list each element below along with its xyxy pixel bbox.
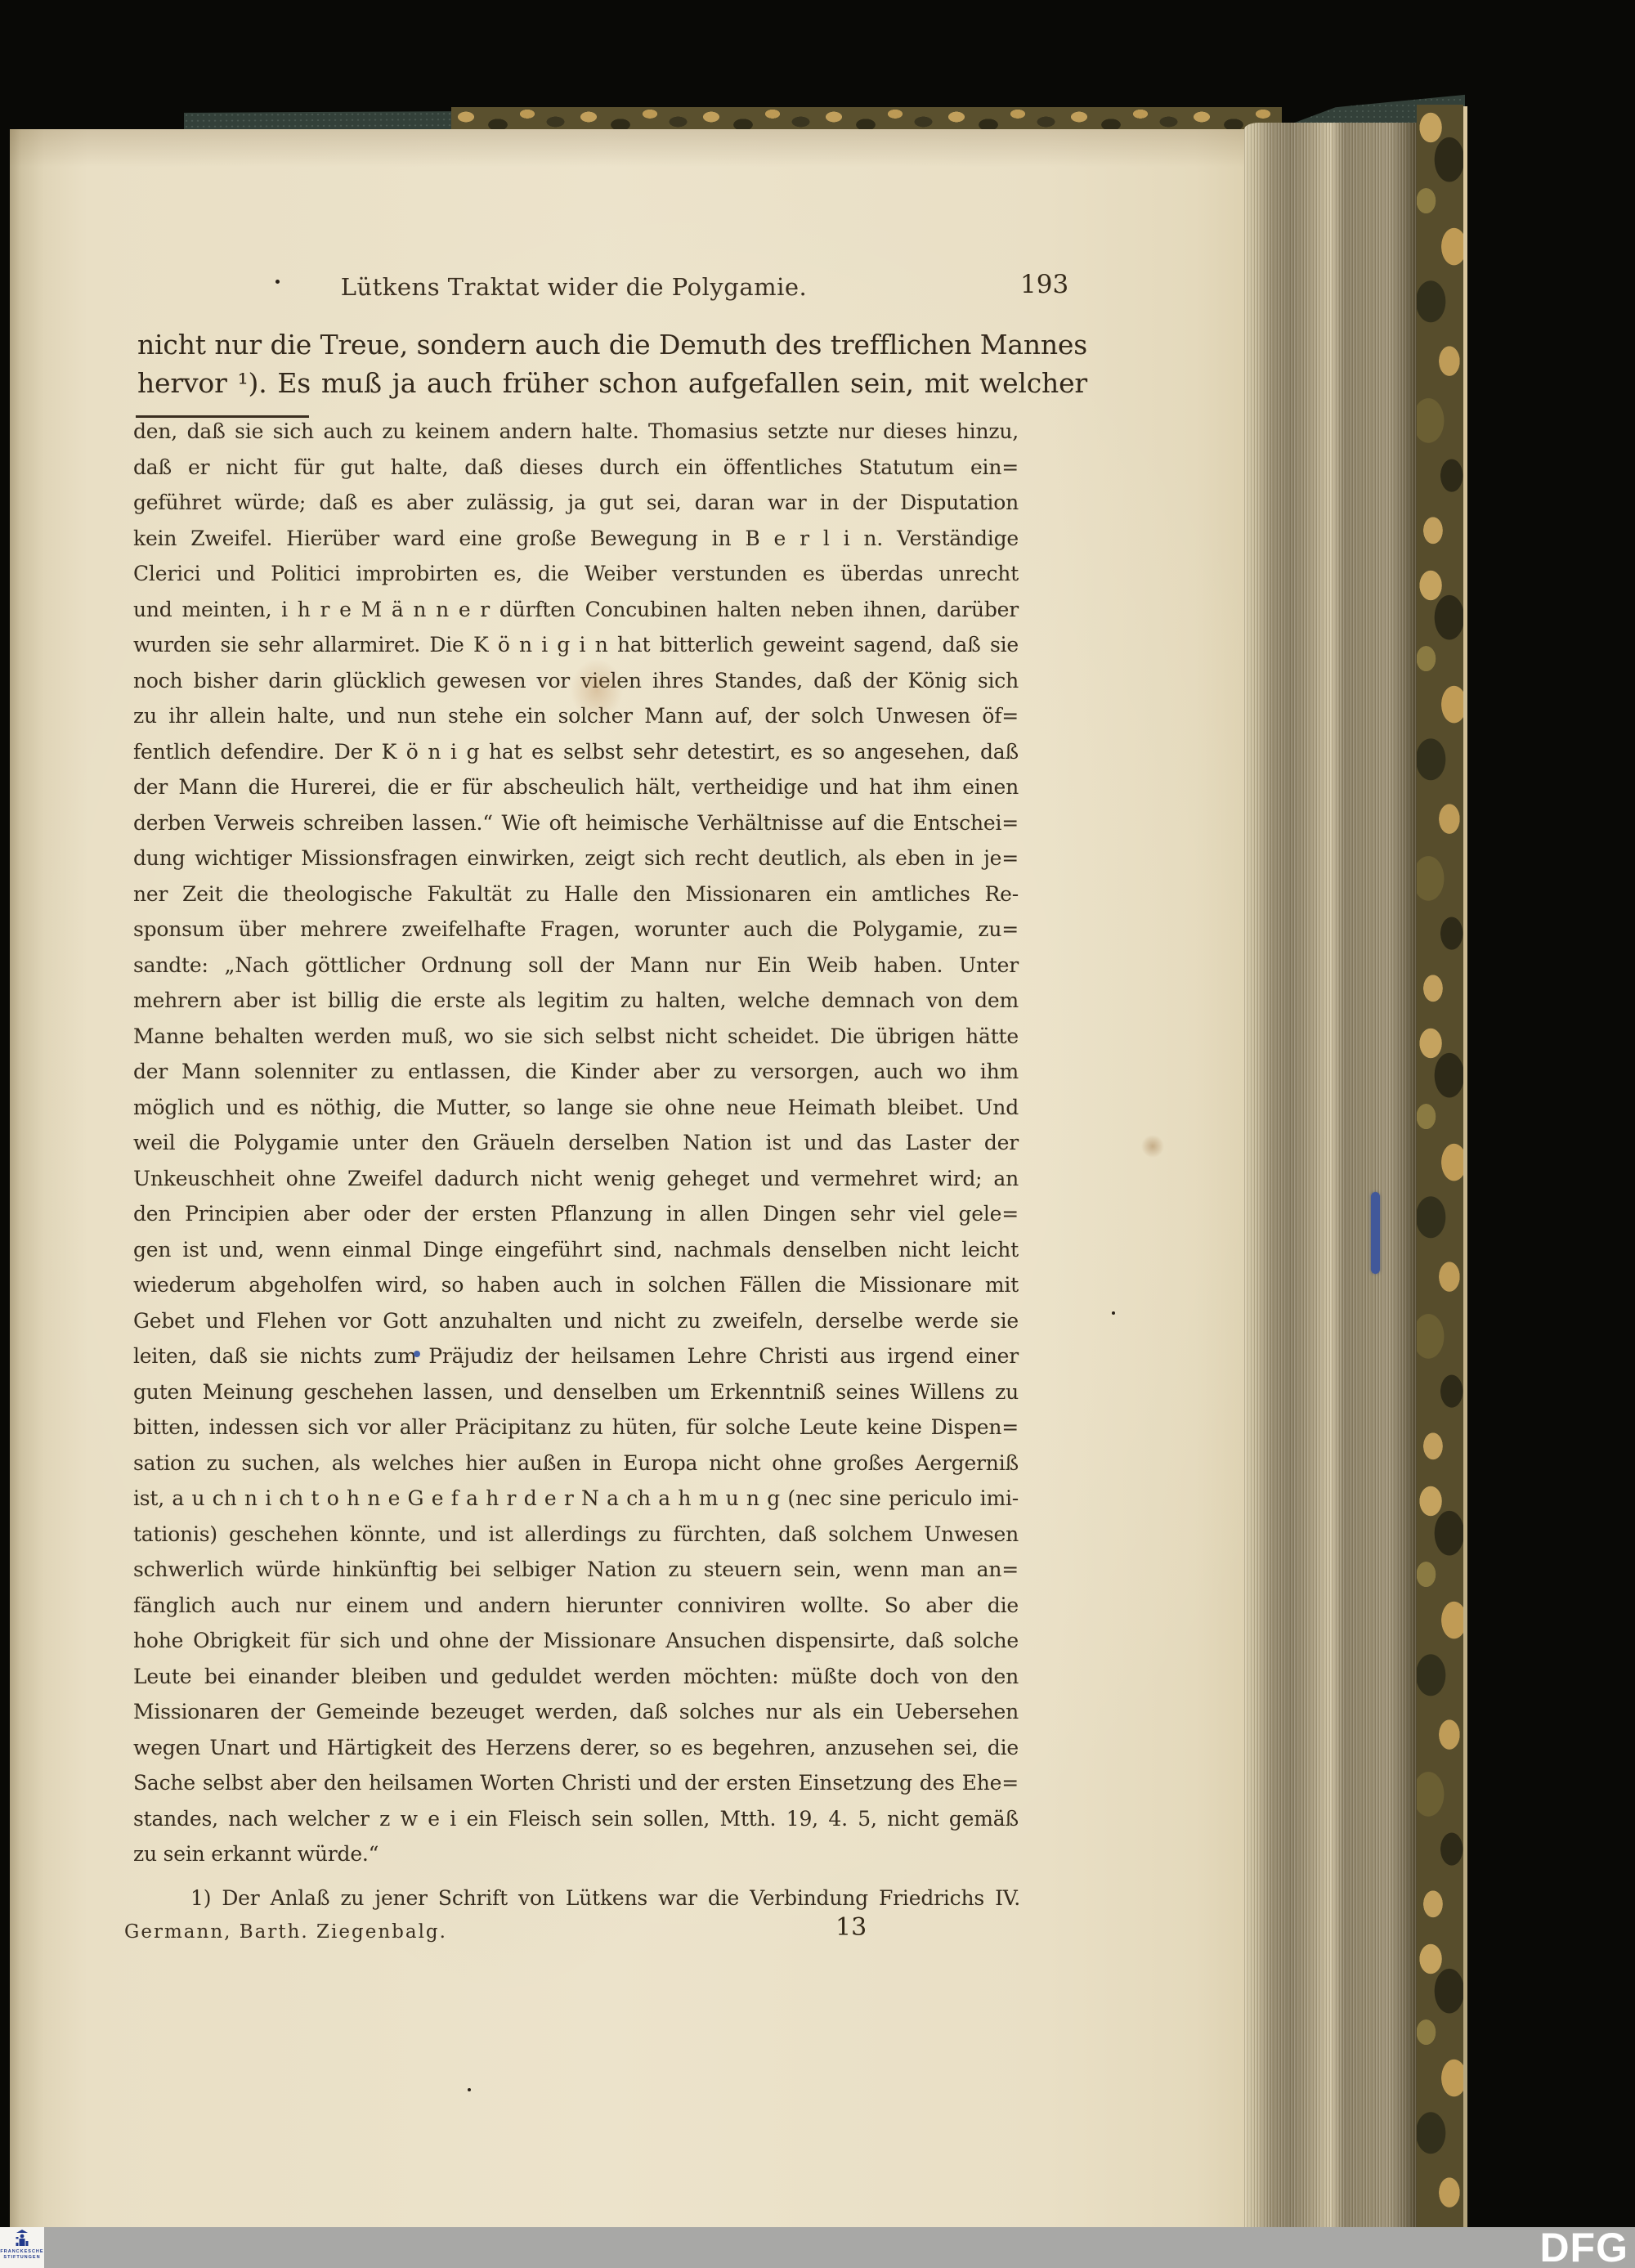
main-text-line: hervor ¹). Es muß ja auch früher schon a… [137,364,1087,402]
ink-speck [468,2088,471,2091]
footnote-line: wegen Unart und Härtigkeit des Herzens d… [133,1730,1019,1766]
footnote-line: schwerlich würde hinkünftig bei selbiger… [133,1552,1019,1588]
footnote-line: der Mann solenniter zu entlassen, die Ki… [133,1054,1019,1090]
book-cover-marbled-edge [1417,105,1463,2227]
page-number: 193 [1020,270,1068,299]
footnote-line: derben Verweis schreiben lassen.“ Wie of… [133,805,1019,841]
footnote-line: zu sein erkannt würde.“ [133,1836,1019,1872]
footnote-line: weil die Polygamie unter den Gräueln der… [133,1125,1019,1161]
footnote-1: 1) Der Anlaß zu jener Schrift von Lütken… [133,1882,1020,1915]
footnote-line: ner Zeit die theologische Fakultät zu Ha… [133,876,1019,912]
footnote-line: und meinten, i h r e M ä n n e r dürften… [133,592,1019,628]
dfg-logo: DFG [1539,2229,1628,2266]
footnote-line: Leute bei einander bleiben und geduldet … [133,1659,1019,1695]
footnote-line: Unkeuschheit ohne Zweifel dadurch nicht … [133,1161,1019,1197]
franckesche-logo-text-line1: FRANCKESCHE [0,2249,43,2255]
footnote-line: geführet würde; daß es aber zulässig, ja… [133,485,1019,521]
footnote-line: fentlich defendire. Der K ö n i g hat es… [133,734,1019,770]
main-text-line: nicht nur die Treue, sondern auch die De… [137,325,1087,364]
footnote-line: standes, nach welcher z w e i ein Fleisc… [133,1801,1019,1837]
footnote-line: bitten, indessen sich vor aller Präcipit… [133,1410,1019,1446]
running-head-title: Lütkens Traktat wider die Polygamie. [141,273,1007,301]
footnote-continuation-block: den, daß sie sich auch zu keinem andern … [133,414,1019,1872]
footnote-line: noch bisher darin glücklich gewesen vor … [133,663,1019,699]
footnote-line: den, daß sie sich auch zu keinem andern … [133,414,1019,450]
footnote-line: mehrern aber ist billig die erste als le… [133,983,1019,1019]
fore-edge-blue-ink-mark [1371,1192,1380,1274]
footnote-line: dung wichtiger Missionsfragen einwirken,… [133,840,1019,876]
ink-speck [1112,1311,1115,1315]
footnote-line: wiederum abgeholfen wird, so haben auch … [133,1267,1019,1303]
book-cover-board-edge [1463,106,1467,2227]
footnote-line: sation zu suchen, als welches hier außen… [133,1446,1019,1481]
franckesche-stiftungen-logo: FRANCKESCHE STIFTUNGEN [0,2227,44,2268]
footnote-line: gen ist und, wenn einmal Dinge eingeführ… [133,1232,1019,1268]
footnote-line: zu ihr allein halte, und nun stehe ein s… [133,698,1019,734]
footnote-line: Gebet und Flehen vor Gott anzuhalten und… [133,1303,1019,1339]
footnote-line: daß er nicht für gut halte, daß dieses d… [133,450,1019,486]
footnote-line: ist, a u ch n i ch t o h n e G e f a h r… [133,1481,1019,1517]
franckesche-logo-text-line2: STIFTUNGEN [3,2255,40,2261]
footnote-line: sponsum über mehrere zweifelhafte Fragen… [133,912,1019,948]
book-fore-edge-pages [1244,123,1417,2227]
footnote-line: leiten, daß sie nichts zum Präjudiz der … [133,1338,1019,1374]
footnote-line: Clerici und Politici improbirten es, die… [133,556,1019,592]
main-text-block: nicht nur die Treue, sondern auch die De… [137,325,1087,402]
footnote-line: tationis) geschehen könnte, und ist alle… [133,1517,1019,1553]
footnote-line: wurden sie sehr allarmiret. Die K ö n i … [133,627,1019,663]
scan-footer-bar [0,2227,1635,2268]
footnote-line: kein Zweifel. Hierüber ward eine große B… [133,521,1019,557]
book-top-edge-marbled [451,107,1282,132]
footnote-line: guten Meinung geschehen lassen, und dens… [133,1374,1019,1410]
footnote-line: Manne behalten werden muß, wo sie sich s… [133,1019,1019,1055]
book-top-edge-cloth [184,111,454,131]
footnote-line: der Mann die Hurerei, die er für abscheu… [133,769,1019,805]
footnote-line: sandte: „Nach göttlicher Ordnung soll de… [133,948,1019,984]
signature-mark: 13 [835,1913,867,1942]
signature-line-author: Germann, Barth. Ziegenbalg. [124,1921,447,1943]
footnote-line: Sache selbst aber den heilsamen Worten C… [133,1765,1019,1801]
footnote-line: fänglich auch nur einem und andern hieru… [133,1588,1019,1624]
footnote-line: den Principien aber oder der ersten Pfla… [133,1196,1019,1232]
footnote-line: hohe Obrigkeit für sich und ohne der Mis… [133,1623,1019,1659]
blue-ink-dot [414,1351,420,1357]
footnote-line: möglich und es nöthig, die Mutter, so la… [133,1090,1019,1126]
footnote-line: Missionaren der Gemeinde bezeuget werden… [133,1694,1019,1730]
franckesche-logo-icon [13,2230,31,2249]
